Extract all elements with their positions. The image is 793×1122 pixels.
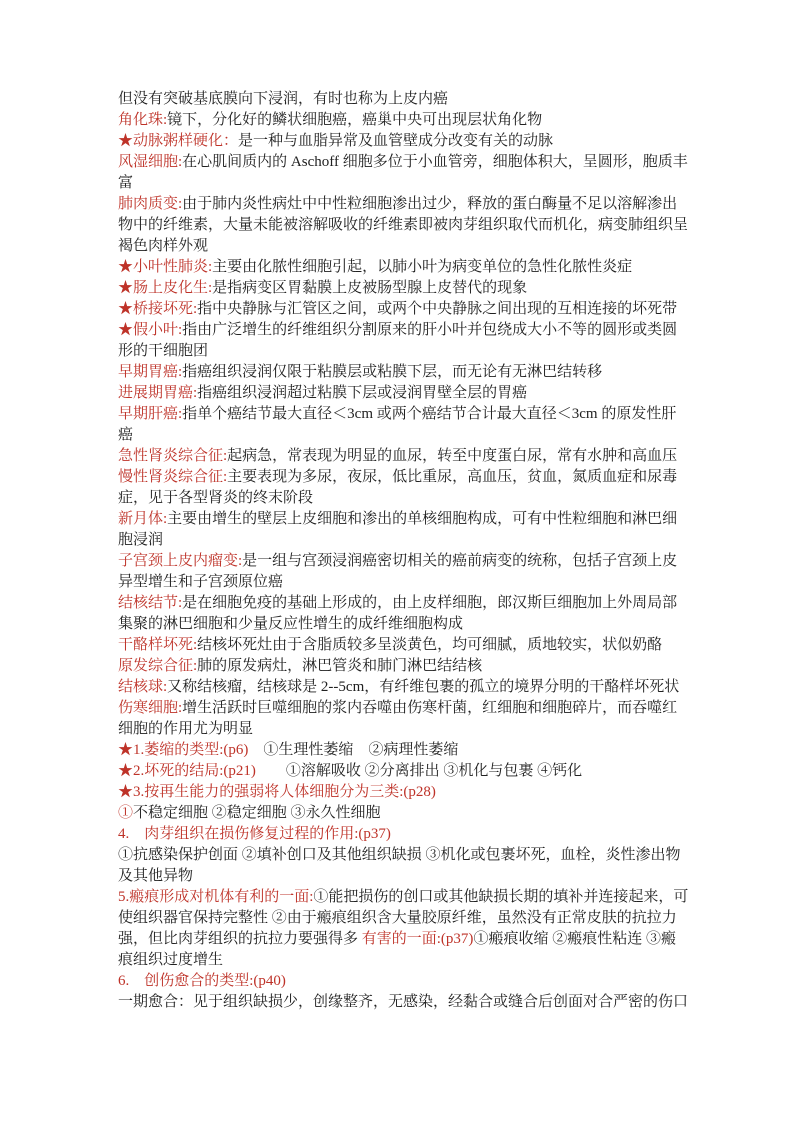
text-line: 结核结节:是在细胞免疫的基础上形成的，由上皮样细胞，郎汉斯巨细胞加上外周局部 xyxy=(118,593,680,614)
term-highlight: ★桥接坏死: xyxy=(118,301,197,317)
text-line: ①不稳定细胞 ②稳定细胞 ③永久性细胞 xyxy=(118,803,680,824)
text-line: 强，但比肉芽组织的抗拉力要强得多 有害的一面:(p37)①瘢痕收缩 ②瘢痕性粘连… xyxy=(118,929,680,950)
body-text: 是指病变区胃黏膜上皮被肠型腺上皮替代的现象 xyxy=(212,280,527,296)
body-text: 是在细胞免疫的基础上形成的，由上皮样细胞，郎汉斯巨细胞加上外周局部 xyxy=(182,595,677,611)
body-text: 异型增生和子宫颈原位癌 xyxy=(118,574,283,590)
term-highlight: 5.瘢痕形成对机体有利的一面: xyxy=(118,889,313,905)
text-line: 伤寒细胞:增生活跃时巨噬细胞的浆内吞噬由伤寒杆菌，红细胞和细胞碎片，而吞噬红 xyxy=(118,698,680,719)
document-content: 但没有突破基底膜向下浸润，有时也称为上皮内癌角化珠:镜下，分化好的鳞状细胞癌，癌… xyxy=(118,89,680,1013)
body-text: ①溶解吸收 ②分离排出 ③机化与包裹 ④钙化 xyxy=(256,763,582,779)
body-text: 增生活跃时巨噬细胞的浆内吞噬由伤寒杆菌，红细胞和细胞碎片，而吞噬红 xyxy=(182,700,677,716)
term-highlight: 角化珠: xyxy=(118,112,167,128)
body-text: 主要由化脓性细胞引起，以肺小叶为病变单位的急性化脓性炎症 xyxy=(212,259,632,275)
text-line: 肺肉质变:由于肺内炎性病灶中中性粒细胞渗出过少，释放的蛋白酶量不足以溶解渗出 xyxy=(118,194,680,215)
text-line: 细胞的作用尤为明显 xyxy=(118,719,680,740)
body-text: 指由广泛增生的纤维组织分割原来的肝小叶并包绕成大小不等的圆形或类圆 xyxy=(182,322,677,338)
document-page: 但没有突破基底膜向下浸润，有时也称为上皮内癌角化珠:镜下，分化好的鳞状细胞癌，癌… xyxy=(0,0,793,1122)
text-line: 子宫颈上皮内瘤变:是一组与宫颈浸润癌密切相关的癌前病变的统称，包括子宫颈上皮 xyxy=(118,551,680,572)
body-text: 强，但比肉芽组织的抗拉力要强得多 xyxy=(118,931,362,947)
body-text: 症，见于各型肾炎的终末阶段 xyxy=(118,490,313,506)
term-highlight: 子宫颈上皮内瘤变: xyxy=(118,553,242,569)
term-highlight: 肺肉质变: xyxy=(118,196,182,212)
text-line: 痕组织过度增生 xyxy=(118,950,680,971)
term-highlight: 早期肝癌: xyxy=(118,406,182,422)
term-highlight: ★2.坏死的结局:(p21) xyxy=(118,763,256,779)
text-line: 早期肝癌:指单个癌结节最大直径＜3cm 或两个癌结节合计最大直径＜3cm 的原发… xyxy=(118,404,680,425)
term-highlight: 急性肾炎综合征: xyxy=(118,448,227,464)
text-line: ★动脉粥样硬化：是一种与血脂异常及血管壁成分改变有关的动脉 xyxy=(118,131,680,152)
text-line: 癌 xyxy=(118,425,680,446)
text-line: 及其他异物 xyxy=(118,866,680,887)
body-text: 指中央静脉与汇管区之间，或两个中央静脉之间出现的互相连接的坏死带 xyxy=(197,301,677,317)
term-highlight: ★3.按再生能力的强弱将人体细胞分为三类:(p28) xyxy=(118,784,436,800)
body-text: 肺的原发病灶，淋巴管炎和肺门淋巴结结核 xyxy=(197,658,482,674)
body-text: 集聚的淋巴细胞和少量反应性增生的成纤维细胞构成 xyxy=(118,616,463,632)
text-line: 症，见于各型肾炎的终末阶段 xyxy=(118,488,680,509)
term-highlight: 早期胃癌: xyxy=(118,364,182,380)
text-line: 4. 肉芽组织在损伤修复过程的作用:(p37) xyxy=(118,824,680,845)
text-line: ★2.坏死的结局:(p21) ①溶解吸收 ②分离排出 ③机化与包裹 ④钙化 xyxy=(118,761,680,782)
body-text: 是一组与宫颈浸润癌密切相关的癌前病变的统称，包括子宫颈上皮 xyxy=(242,553,677,569)
text-line: 胞浸润 xyxy=(118,530,680,551)
body-text: 及其他异物 xyxy=(118,868,193,884)
text-line: 早期胃癌:指癌组织浸润仅限于粘膜层或粘膜下层，而无论有无淋巴结转移 xyxy=(118,362,680,383)
text-line: ★肠上皮化生:是指病变区胃黏膜上皮被肠型腺上皮替代的现象 xyxy=(118,278,680,299)
body-text: 胞浸润 xyxy=(118,532,163,548)
body-text: 主要表现为多尿，夜尿，低比重尿，高血压，贫血，氮质血症和尿毒 xyxy=(227,469,677,485)
term-highlight: 进展期胃癌: xyxy=(118,385,197,401)
text-line: 6. 创伤愈合的类型:(p40) xyxy=(118,971,680,992)
term-highlight: 新月体: xyxy=(118,511,167,527)
text-line: 慢性肾炎综合征:主要表现为多尿，夜尿，低比重尿，高血压，贫血，氮质血症和尿毒 xyxy=(118,467,680,488)
body-text: 但没有突破基底膜向下浸润，有时也称为上皮内癌 xyxy=(118,91,448,107)
body-text: ①瘢痕收缩 ②瘢痕性粘连 ③瘢 xyxy=(473,931,676,947)
term-highlight: 伤寒细胞: xyxy=(118,700,182,716)
text-line: 5.瘢痕形成对机体有利的一面:①能把损伤的创口或其他缺损长期的填补并连接起来，可 xyxy=(118,887,680,908)
text-line: 进展期胃癌:指癌组织浸润超过粘膜下层或浸润胃壁全层的胃癌 xyxy=(118,383,680,404)
text-line: 形的干细胞团 xyxy=(118,341,680,362)
body-text: ①能把损伤的创口或其他缺损长期的填补并连接起来，可 xyxy=(313,889,688,905)
text-line: ★1.萎缩的类型:(p6) ①生理性萎缩 ②病理性萎缩 xyxy=(118,740,680,761)
term-highlight: 结核结节: xyxy=(118,595,182,611)
text-line: ①抗感染保护创面 ②填补创口及其他组织缺损 ③机化或包裹坏死，血栓，炎性渗出物 xyxy=(118,845,680,866)
body-text: 癌 xyxy=(118,427,133,443)
body-text: 使组织器官保持完整性 ②由于瘢痕组织含大量胶原纤维，虽然没有正常皮肤的抗拉力 xyxy=(118,910,677,926)
term-highlight: 慢性肾炎综合征: xyxy=(118,469,227,485)
body-text: 细胞的作用尤为明显 xyxy=(118,721,253,737)
term-highlight: ★1.萎缩的类型:(p6) xyxy=(118,742,248,758)
term-highlight: 干酪样坏死: xyxy=(118,637,197,653)
term-highlight: 4. 肉芽组织在损伤修复过程的作用:(p37) xyxy=(118,826,391,842)
body-text: 不稳定细胞 ②稳定细胞 ③永久性细胞 xyxy=(133,805,381,821)
body-text: 主要由增生的壁层上皮细胞和渗出的单核细胞构成，可有中性粒细胞和淋巴细 xyxy=(167,511,677,527)
body-text: 是一种与血脂异常及血管壁成分改变有关的动脉 xyxy=(238,133,553,149)
text-line: 使组织器官保持完整性 ②由于瘢痕组织含大量胶原纤维，虽然没有正常皮肤的抗拉力 xyxy=(118,908,680,929)
text-line: ★假小叶:指由广泛增生的纤维组织分割原来的肝小叶并包绕成大小不等的圆形或类圆 xyxy=(118,320,680,341)
term-highlight: 有害的一面:(p37) xyxy=(362,931,474,947)
text-line: 新月体:主要由增生的壁层上皮细胞和渗出的单核细胞构成，可有中性粒细胞和淋巴细 xyxy=(118,509,680,530)
body-text: 褐色肉样外观 xyxy=(118,238,208,254)
text-line: 集聚的淋巴细胞和少量反应性增生的成纤维细胞构成 xyxy=(118,614,680,635)
body-text: 富 xyxy=(118,175,133,191)
term-highlight: ① xyxy=(118,805,133,821)
text-line: 褐色肉样外观 xyxy=(118,236,680,257)
term-highlight: 结核球: xyxy=(118,679,167,695)
term-highlight: 风湿细胞: xyxy=(118,154,182,170)
body-text: 物中的纤维素，大量未能被溶解吸收的纤维素即被肉芽组织取代而机化，病变肺组织呈 xyxy=(118,217,688,233)
term-highlight: 6. 创伤愈合的类型:(p40) xyxy=(118,973,286,989)
body-text: ①生理性萎缩 ②病理性萎缩 xyxy=(248,742,458,758)
text-line: 但没有突破基底膜向下浸润，有时也称为上皮内癌 xyxy=(118,89,680,110)
term-highlight: ★肠上皮化生: xyxy=(118,280,212,296)
text-line: 异型增生和子宫颈原位癌 xyxy=(118,572,680,593)
body-text: 痕组织过度增生 xyxy=(118,952,223,968)
text-line: 角化珠:镜下，分化好的鳞状细胞癌，癌巢中央可出现层状角化物 xyxy=(118,110,680,131)
text-line: 干酪样坏死:结核坏死灶由于含脂质较多呈淡黄色，均可细腻，质地较实，状似奶酪 xyxy=(118,635,680,656)
text-line: ★桥接坏死:指中央静脉与汇管区之间，或两个中央静脉之间出现的互相连接的坏死带 xyxy=(118,299,680,320)
body-text: 镜下，分化好的鳞状细胞癌，癌巢中央可出现层状角化物 xyxy=(167,112,542,128)
term-highlight: 原发综合征: xyxy=(118,658,197,674)
term-highlight: ★动脉粥样硬化： xyxy=(118,133,238,149)
term-highlight: ★假小叶: xyxy=(118,322,182,338)
text-line: 一期愈合：见于组织缺损少，创缘整齐，无感染，经黏合或缝合后创面对合严密的伤口 xyxy=(118,992,680,1013)
text-line: 物中的纤维素，大量未能被溶解吸收的纤维素即被肉芽组织取代而机化，病变肺组织呈 xyxy=(118,215,680,236)
body-text: 起病急，常表现为明显的血尿，转至中度蛋白尿，常有水肿和高血压 xyxy=(227,448,677,464)
text-line: 原发综合征:肺的原发病灶，淋巴管炎和肺门淋巴结结核 xyxy=(118,656,680,677)
body-text: 结核坏死灶由于含脂质较多呈淡黄色，均可细腻，质地较实，状似奶酪 xyxy=(197,637,662,653)
text-line: ★小叶性肺炎:主要由化脓性细胞引起，以肺小叶为病变单位的急性化脓性炎症 xyxy=(118,257,680,278)
body-text: 指癌组织浸润仅限于粘膜层或粘膜下层，而无论有无淋巴结转移 xyxy=(182,364,602,380)
body-text: 在心肌间质内的 Aschoff 细胞多位于小血管旁，细胞体积大，呈圆形，胞质丰 xyxy=(182,154,688,170)
body-text: 指癌组织浸润超过粘膜下层或浸润胃壁全层的胃癌 xyxy=(197,385,527,401)
body-text: 形的干细胞团 xyxy=(118,343,208,359)
text-line: 急性肾炎综合征:起病急，常表现为明显的血尿，转至中度蛋白尿，常有水肿和高血压 xyxy=(118,446,680,467)
body-text: 指单个癌结节最大直径＜3cm 或两个癌结节合计最大直径＜3cm 的原发性肝 xyxy=(182,406,676,422)
body-text: 又称结核瘤，结核球是 2--5cm，有纤维包裹的孤立的境界分明的干酪样坏死状 xyxy=(167,679,679,695)
text-line: 富 xyxy=(118,173,680,194)
body-text: 由于肺内炎性病灶中中性粒细胞渗出过少，释放的蛋白酶量不足以溶解渗出 xyxy=(182,196,677,212)
text-line: 风湿细胞:在心肌间质内的 Aschoff 细胞多位于小血管旁，细胞体积大，呈圆形… xyxy=(118,152,680,173)
text-line: ★3.按再生能力的强弱将人体细胞分为三类:(p28) xyxy=(118,782,680,803)
body-text: 一期愈合：见于组织缺损少，创缘整齐，无感染，经黏合或缝合后创面对合严密的伤口 xyxy=(118,994,688,1010)
term-highlight: ★小叶性肺炎: xyxy=(118,259,212,275)
body-text: ①抗感染保护创面 ②填补创口及其他组织缺损 ③机化或包裹坏死，血栓，炎性渗出物 xyxy=(118,847,681,863)
text-line: 结核球:又称结核瘤，结核球是 2--5cm，有纤维包裹的孤立的境界分明的干酪样坏… xyxy=(118,677,680,698)
